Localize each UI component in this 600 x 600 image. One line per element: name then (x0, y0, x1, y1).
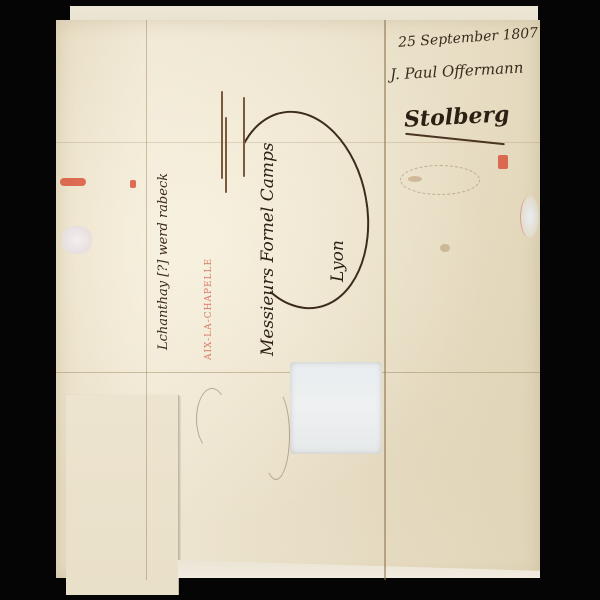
address-care-of: Lchanthay [?] werd rabeck (156, 173, 171, 350)
faint-pencil-curve (262, 390, 290, 480)
faint-pencil-curve (196, 388, 228, 450)
red-postal-mark-icon (60, 178, 86, 186)
ink-stain (440, 244, 450, 252)
address-recipient: Messieurs Fornel Camps (258, 142, 278, 356)
folded-flap (66, 395, 179, 595)
red-postal-mark-icon (130, 180, 136, 188)
fold-line-vertical-left (146, 20, 147, 580)
wax-seal-right-icon (520, 196, 539, 238)
address-panel: Lchanthay [?] werd rabeck AIX-LA-CHAPELL… (150, 110, 390, 370)
seal-paper-patch (290, 362, 382, 454)
docket-place: Stolberg (403, 101, 510, 132)
faint-oval-mark (400, 165, 480, 195)
address-city: Lyon (328, 240, 348, 282)
wax-seal-left-icon (62, 226, 92, 254)
photo-background: 25 September 1807 J. Paul Offermann Stol… (0, 0, 600, 600)
red-town-postmark: AIX-LA-CHAPELLE (204, 258, 214, 360)
red-boxed-mark-icon (498, 155, 508, 169)
